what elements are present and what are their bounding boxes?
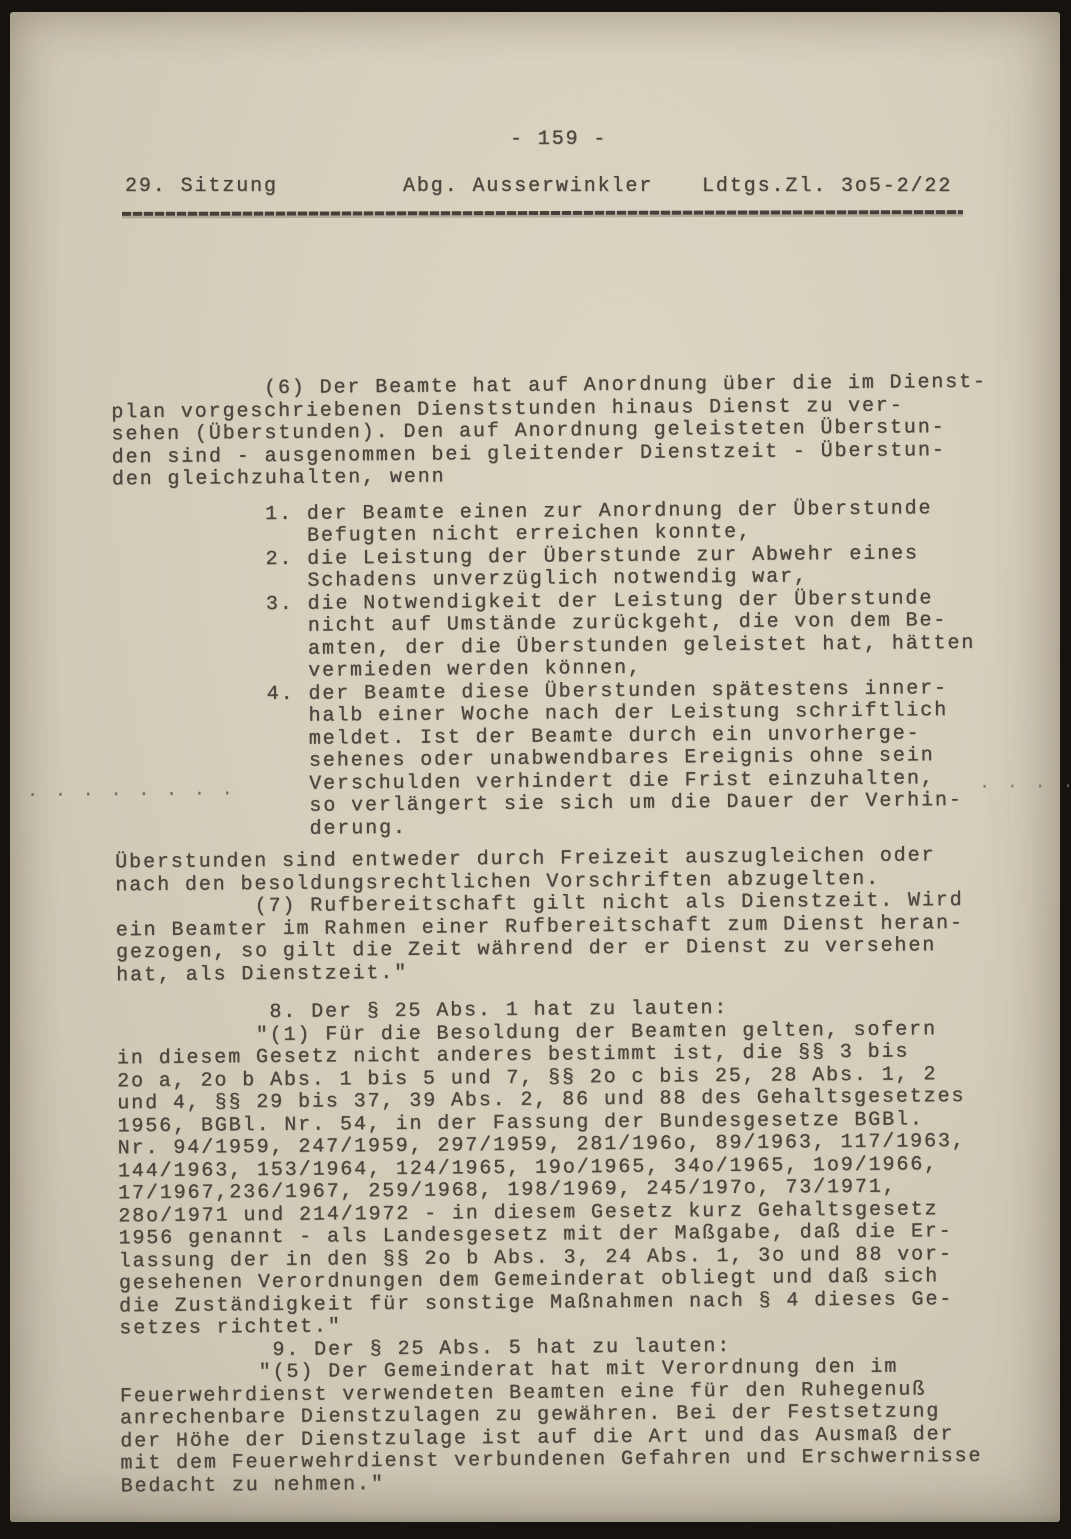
paragraph-25-abs-1: "(1) Für die Besoldung der Beamten gelte…	[117, 1018, 982, 1341]
text-line: den gleichzuhalten, wenn	[112, 462, 974, 492]
page-number: - 159 -	[510, 128, 607, 151]
scan-artifact-dots-left: . . . . . . . .	[27, 779, 236, 803]
header-rule-line	[122, 210, 963, 216]
header-session-number: 29. Sitzung	[125, 175, 278, 198]
list-overtime-conditions: 1. der Beamte einen zur Anordnung der Üb…	[112, 497, 977, 842]
paragraph-25-abs-5: "(5) Der Gemeinderat hat mit Verordnung …	[120, 1356, 983, 1499]
scan-artifact-dots-right: . . . .	[978, 772, 1071, 795]
header-speaker-name: Abg. Ausserwinkler	[403, 175, 653, 198]
paragraph-6-overtime: (6) Der Beamte hat auf Anordnung über di…	[111, 372, 974, 492]
scanned-document-page: - 159 - 29. Sitzung Abg. Ausserwinkler L…	[0, 0, 1071, 1539]
paper-sheet: - 159 - 29. Sitzung Abg. Ausserwinkler L…	[10, 12, 1060, 1522]
running-header: 29. Sitzung Abg. Ausserwinkler Ldtgs.Zl.…	[10, 175, 1060, 201]
typewritten-body: . . . . . . . . . . . . (6) Der Beamte h…	[110, 257, 983, 1498]
paragraph-7-standby: (7) Rufbereitschaft gilt nicht als Diens…	[116, 890, 979, 988]
header-reference-number: Ldtgs.Zl. 3o5-2/22	[702, 175, 952, 198]
